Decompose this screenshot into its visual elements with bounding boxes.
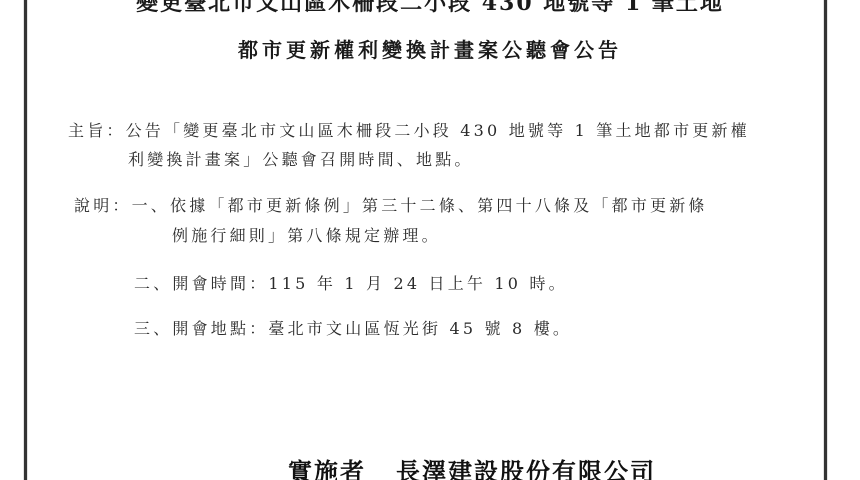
subject-label: 主旨： xyxy=(68,121,126,140)
page-border-left xyxy=(24,0,27,480)
description-item-2-number: 二、 xyxy=(134,274,172,293)
description-label: 說明： xyxy=(74,196,132,215)
description-item-2: 二、開會時間：115 年 1 月 24 日上午 10 時。 xyxy=(134,274,568,294)
meeting-location: 開會地點：臺北市文山區恆光街 45 號 8 樓。 xyxy=(172,319,572,338)
meeting-time: 開會時間：115 年 1 月 24 日上午 10 時。 xyxy=(172,274,567,293)
description-item-3-number: 三、 xyxy=(134,319,172,338)
subject-line-2: 利變換計畫案」公聽會召開時間、地點。 xyxy=(128,150,474,170)
title-line-2: 都市更新權利變換計畫案公聽會公告 xyxy=(0,34,860,63)
announcement-page: 變更臺北市文山區木柵段二小段 430 地號等 1 筆土地 都市更新權利變換計畫案… xyxy=(0,0,860,480)
description-item-1-line-2: 例施行細則」第八條規定辦理。 xyxy=(172,226,441,246)
signature-role: 實施者 xyxy=(288,457,366,480)
signature-block: 實施者長澤建設股份有限公司 xyxy=(288,452,656,480)
subject-line-1: 主旨：公告「變更臺北市文山區木柵段二小段 430 地號等 1 筆土地都市更新權 xyxy=(68,121,750,141)
description-item-1-line-1: 說明：一、依據「都市更新條例」第三十二條、第四十八條及「都市更新條 xyxy=(74,196,708,216)
description-item-3: 三、開會地點：臺北市文山區恆光街 45 號 8 樓。 xyxy=(134,319,572,339)
signature-company: 長澤建設股份有限公司 xyxy=(396,457,656,480)
title-line-1: 變更臺北市文山區木柵段二小段 430 地號等 1 筆土地 xyxy=(0,0,860,17)
page-border-right xyxy=(824,0,827,480)
subject-text-1: 公告「變更臺北市文山區木柵段二小段 430 地號等 1 筆土地都市更新權 xyxy=(126,121,750,140)
description-item-1-text-1: 依據「都市更新條例」第三十二條、第四十八條及「都市更新條 xyxy=(170,196,708,215)
description-item-1-number: 一、 xyxy=(132,196,170,215)
